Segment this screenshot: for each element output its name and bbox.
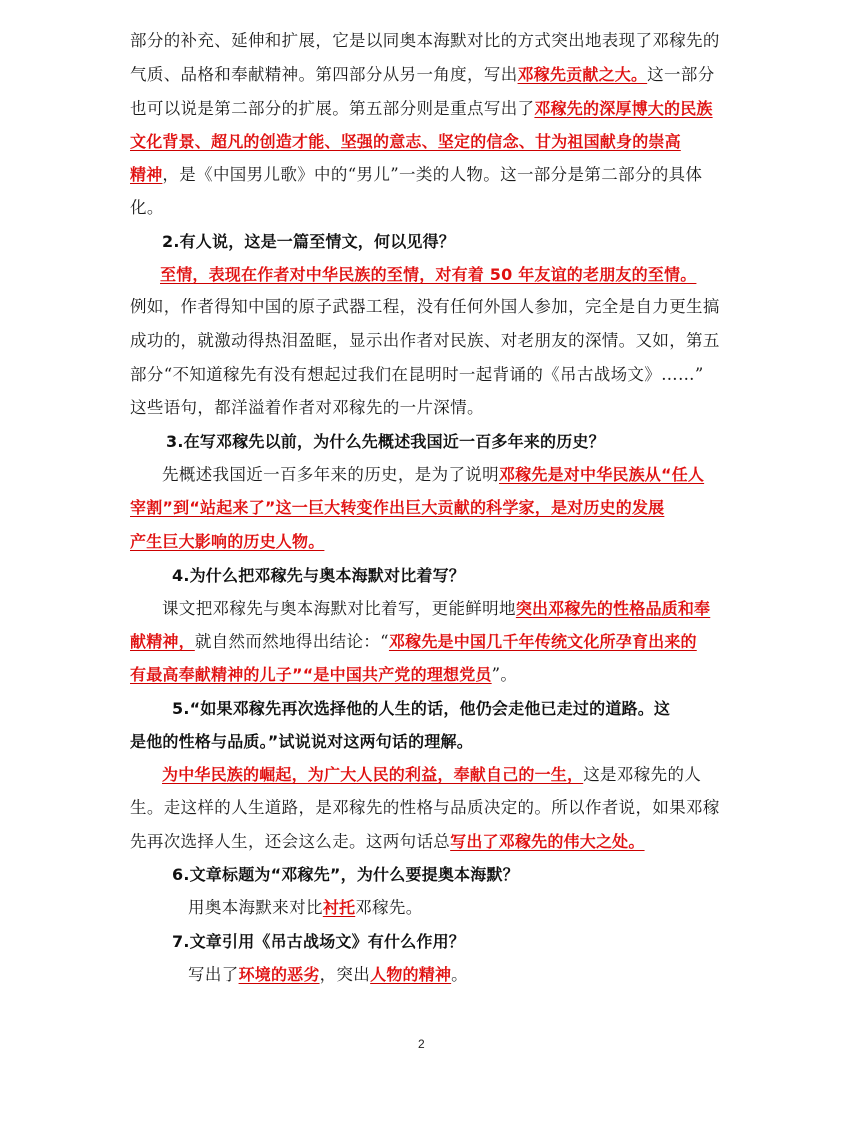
body-text: 部分的补充、延伸和扩展，它是以同奥本海默对比的方式突出地表现了邓稼先的 (130, 31, 720, 50)
emphasized-answer-text: 写出了邓稼先的伟大之处。 (450, 832, 644, 851)
text-line: 文化背景、超凡的创造才能、坚强的意志、坚定的信念、甘为祖国献身的崇高 (130, 131, 722, 153)
text-line: 产生巨大影响的历史人物。 (130, 531, 722, 553)
body-text: 写出了 (188, 965, 239, 984)
text-line: 2.有人说，这是一篇至情文，何以见得？ (162, 231, 754, 253)
text-line: 化。 (130, 197, 722, 219)
text-line: 是他的性格与品质。”试说说对这两句话的理解。 (130, 731, 722, 753)
body-text: 邓稼先。 (355, 898, 422, 917)
question-heading: 6.文章标题为“邓稼先”，为什么要提奥本海默？ (172, 865, 519, 884)
text-line: 也可以说是第二部分的扩展。第五部分则是重点写出了邓稼先的深厚博大的民族 (130, 98, 722, 120)
body-text: ”。 (492, 665, 518, 684)
body-text: ，突出 (320, 965, 371, 984)
page-number: 2 (418, 1037, 425, 1051)
body-text: 生。走这样的人生道路，是邓稼先的性格与品质决定的。所以作者说，如果邓稼 (130, 798, 720, 817)
text-line: 成功的，就激动得热泪盈眶，显示出作者对民族、对老朋友的深情。又如，第五 (130, 330, 722, 352)
question-heading: 2.有人说，这是一篇至情文，何以见得？ (162, 232, 455, 251)
text-line: 这些语句，都洋溢着作者对邓稼先的一片深情。 (130, 397, 722, 419)
emphasized-answer-text: 产生巨大影响的历史人物。 (130, 532, 324, 551)
document-page: 部分的补充、延伸和扩展，它是以同奥本海默对比的方式突出地表现了邓稼先的气质、品格… (0, 0, 849, 1122)
body-text: 课文把邓稼先与奥本海默对比着写，更能鲜明地 (162, 599, 516, 618)
body-text: 成功的，就激动得热泪盈眶，显示出作者对民族、对老朋友的深情。又如，第五 (130, 331, 720, 350)
body-text: ，是《中国男儿歌》中的“男儿”一类的人物。这一部分是第二部分的具体 (162, 165, 702, 184)
text-line: 为中华民族的崛起，为广大人民的利益，奉献自己的一生，这是邓稼先的人 (162, 764, 754, 786)
emphasized-answer-text: 至情，表现在作者对中华民族的至情，对有着 50 年友谊的老朋友的至情。 (160, 265, 696, 284)
body-text: 先再次选择人生，还会这么走。这两句话总 (130, 832, 450, 851)
text-line: 先概述我国近一百多年来的历史，是为了说明邓稼先是对中华民族从“任人 (162, 464, 754, 486)
emphasized-answer-text: 邓稼先是对中华民族从“任人 (499, 465, 704, 484)
emphasized-answer-text: 突出邓稼先的性格品质和奉 (516, 599, 710, 618)
body-text: 这些语句，都洋溢着作者对邓稼先的一片深情。 (130, 398, 484, 417)
body-text: 先概述我国近一百多年来的历史，是为了说明 (162, 465, 499, 484)
question-heading: 3.在写邓稼先以前，为什么先概述我国近一百多年来的历史？ (166, 432, 605, 451)
text-line: 用奥本海默来对比衬托邓稼先。 (188, 897, 780, 919)
body-text: 这一部分 (647, 65, 714, 84)
emphasized-answer-text: 人物的精神 (370, 965, 451, 984)
body-text: 这是邓稼先的人 (583, 765, 701, 784)
text-line: 生。走这样的人生道路，是邓稼先的性格与品质决定的。所以作者说，如果邓稼 (130, 797, 722, 819)
text-line: 6.文章标题为“邓稼先”，为什么要提奥本海默？ (172, 864, 764, 886)
body-text: 用奥本海默来对比 (188, 898, 323, 917)
text-line: 精神，是《中国男儿歌》中的“男儿”一类的人物。这一部分是第二部分的具体 (130, 164, 722, 186)
text-line: 气质、品格和奉献精神。第四部分从另一角度，写出邓稼先贡献之大。这一部分 (130, 64, 722, 86)
body-text: 例如，作者得知中国的原子武器工程，没有任何外国人参加，完全是自力更生搞 (130, 297, 720, 316)
text-line: 部分“不知道稼先有没有想起过我们在昆明时一起背诵的《吊古战场文》……” (130, 364, 722, 386)
text-line: 5.“如果邓稼先再次选择他的人生的话，他仍会走他已走过的道路。这 (172, 698, 764, 720)
emphasized-answer-text: 宰割”到“站起来了”这一巨大转变作出巨大贡献的科学家，是对历史的发展 (130, 498, 664, 517)
question-heading: 5.“如果邓稼先再次选择他的人生的话，他仍会走他已走过的道路。这 (172, 699, 670, 718)
question-heading: 4.为什么把邓稼先与奥本海默对比着写？ (172, 566, 465, 585)
body-text: 部分“不知道稼先有没有想起过我们在昆明时一起背诵的《吊古战场文》……” (130, 365, 704, 384)
emphasized-answer-text: 衬托 (323, 898, 355, 917)
text-line: 有最高奉献精神的儿子”“是中国共产党的理想党员”。 (130, 664, 722, 686)
question-heading: 是他的性格与品质。”试说说对这两句话的理解。 (130, 732, 473, 751)
text-line: 3.在写邓稼先以前，为什么先概述我国近一百多年来的历史？ (166, 431, 758, 453)
text-line: 7.文章引用《吊古战场文》有什么作用？ (172, 931, 764, 953)
emphasized-answer-text: 环境的恶劣 (239, 965, 320, 984)
body-text: 就自然而然地得出结论：“ (195, 632, 389, 651)
body-text: 也可以说是第二部分的扩展。第五部分则是重点写出了 (130, 99, 534, 118)
emphasized-answer-text: 文化背景、超凡的创造才能、坚强的意志、坚定的信念、甘为祖国献身的崇高 (130, 132, 681, 151)
emphasized-answer-text: 邓稼先的深厚博大的民族 (534, 99, 712, 118)
emphasized-answer-text: 为中华民族的崛起，为广大人民的利益，奉献自己的一生， (162, 765, 583, 784)
text-line: 部分的补充、延伸和扩展，它是以同奥本海默对比的方式突出地表现了邓稼先的 (130, 30, 722, 52)
body-text: 化。 (130, 198, 164, 217)
emphasized-answer-text: 邓稼先贡献之大。 (518, 65, 648, 84)
text-line: 至情，表现在作者对中华民族的至情，对有着 50 年友谊的老朋友的至情。 (160, 264, 752, 286)
text-line: 课文把邓稼先与奥本海默对比着写，更能鲜明地突出邓稼先的性格品质和奉 (162, 598, 754, 620)
text-line: 宰割”到“站起来了”这一巨大转变作出巨大贡献的科学家，是对历史的发展 (130, 497, 722, 519)
emphasized-answer-text: 邓稼先是中国几千年传统文化所孕育出来的 (389, 632, 697, 651)
body-text: 。 (451, 965, 468, 984)
emphasized-answer-text: 有最高奉献精神的儿子”“是中国共产党的理想党员 (130, 665, 492, 684)
question-heading: 7.文章引用《吊古战场文》有什么作用？ (172, 932, 465, 951)
emphasized-answer-text: 精神 (130, 165, 162, 184)
body-text: 气质、品格和奉献精神。第四部分从另一角度，写出 (130, 65, 518, 84)
text-line: 写出了环境的恶劣，突出人物的精神。 (188, 964, 780, 986)
text-line: 4.为什么把邓稼先与奥本海默对比着写？ (172, 565, 764, 587)
text-line: 献精神，就自然而然地得出结论：“邓稼先是中国几千年传统文化所孕育出来的 (130, 631, 722, 653)
text-line: 先再次选择人生，还会这么走。这两句话总写出了邓稼先的伟大之处。 (130, 831, 722, 853)
text-line: 例如，作者得知中国的原子武器工程，没有任何外国人参加，完全是自力更生搞 (130, 296, 722, 318)
emphasized-answer-text: 献精神， (130, 632, 195, 651)
